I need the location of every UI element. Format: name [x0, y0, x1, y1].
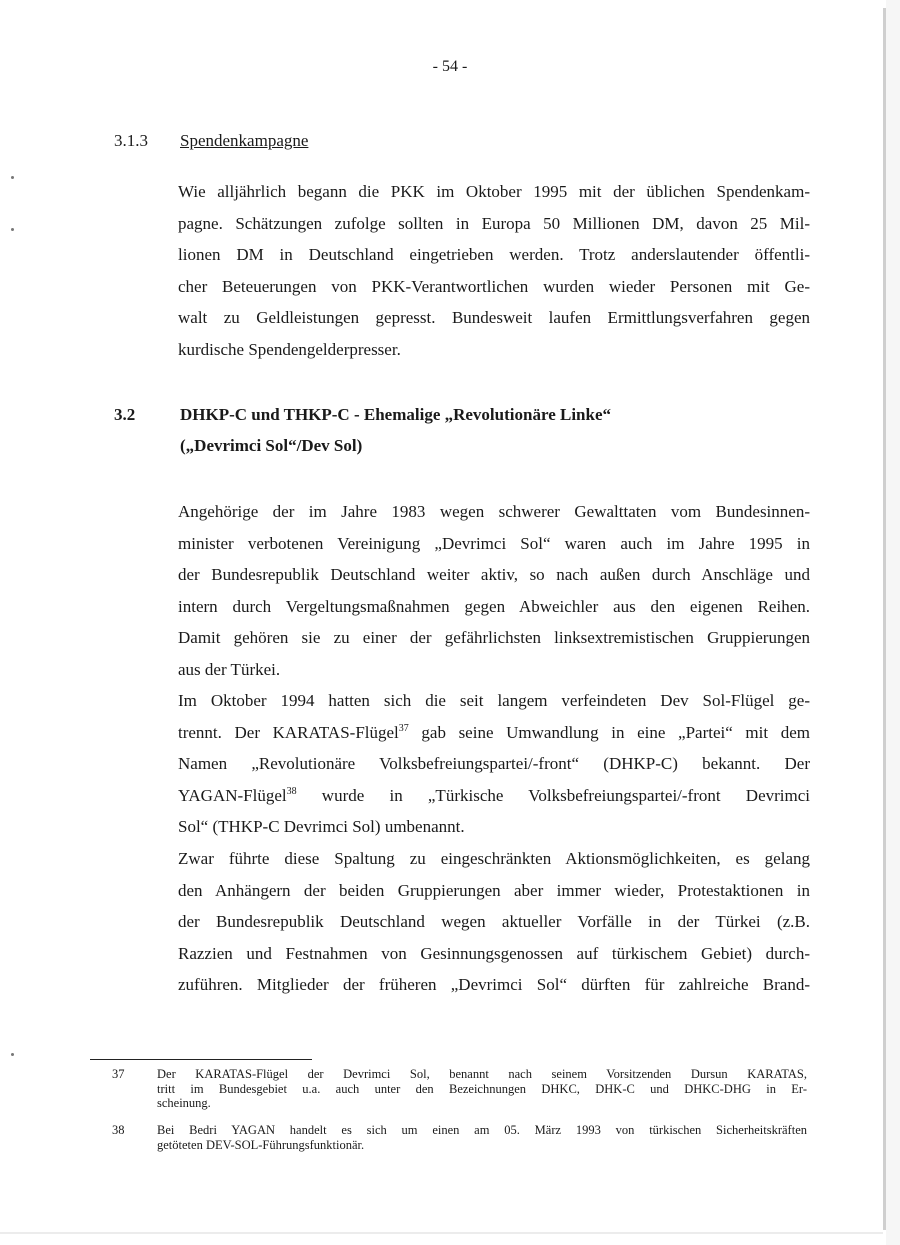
- scan-speck: [11, 176, 14, 179]
- text-line: pagne. Schätzungen zufolge sollten in Eu…: [178, 208, 810, 240]
- footnote-ref-37[interactable]: 37: [399, 723, 409, 734]
- scan-edge-line: [883, 8, 886, 1230]
- text-line: scheinung.: [157, 1096, 807, 1111]
- text-line: der Bundesrepublik Deutschland weiter ak…: [178, 559, 810, 591]
- text-line: YAGAN-Flügel38 wurde in „Türkische Volks…: [178, 780, 810, 812]
- footnote-separator: [90, 1059, 312, 1060]
- footnote-number: 38: [112, 1123, 125, 1138]
- text-segment: YAGAN-Flügel: [178, 786, 287, 805]
- text-line: cher Beteuerungen von PKK-Verantwortlich…: [178, 271, 810, 303]
- paragraph-spendenkampagne: Wie alljährlich begann die PKK im Oktobe…: [178, 176, 810, 365]
- section-title: DHKP-C und THKP-C - Ehemalige „Revolutio…: [180, 405, 611, 425]
- scan-margin: [886, 0, 900, 1245]
- footnote-ref-38[interactable]: 38: [287, 786, 297, 797]
- paragraph-protests: Zwar führte diese Spaltung zu eingeschrä…: [178, 843, 810, 1001]
- scan-speck: [11, 228, 14, 231]
- text-line: walt zu Geldleistungen gepresst. Bundesw…: [178, 302, 810, 334]
- text-line: Sol“ (THKP-C Devrimci Sol) umbenannt.: [178, 811, 810, 843]
- text-line: tritt im Bundesgebiet u.a. auch unter de…: [157, 1082, 807, 1097]
- scan-edge-bottom: [0, 1232, 883, 1234]
- page-number: - 54 -: [0, 58, 900, 76]
- paragraph-split: Im Oktober 1994 hatten sich die seit lan…: [178, 685, 810, 843]
- text-line: zuführen. Mitglieder der früheren „Devri…: [178, 969, 810, 1001]
- text-line: Der KARATAS-Flügel der Devrimci Sol, ben…: [157, 1067, 807, 1082]
- text-line: Bei Bedri YAGAN handelt es sich um einen…: [157, 1123, 807, 1138]
- text-segment: gab seine Umwandlung in eine „Partei“ mi…: [409, 723, 810, 742]
- paragraph-devrimci-sol: Angehörige der im Jahre 1983 wegen schwe…: [178, 496, 810, 685]
- text-line: der Bundesrepublik Deutschland wegen akt…: [178, 906, 810, 938]
- text-line: aus der Türkei.: [178, 654, 810, 686]
- text-line: Razzien und Festnahmen von Gesinnungsgen…: [178, 938, 810, 970]
- text-line: getöteten DEV-SOL-Führungsfunktionär.: [157, 1138, 807, 1153]
- text-segment: trennt. Der KARATAS-Flügel: [178, 723, 399, 742]
- text-line: minister verbotenen Vereinigung „Devrimc…: [178, 528, 810, 560]
- text-line: Im Oktober 1994 hatten sich die seit lan…: [178, 685, 810, 717]
- footnote-text: Bei Bedri YAGAN handelt es sich um einen…: [157, 1123, 807, 1152]
- text-line: Namen „Revolutionäre Volksbefreiungspart…: [178, 748, 810, 780]
- section-title: Spendenkampagne: [180, 131, 308, 151]
- section-number: 3.1.3: [114, 131, 148, 151]
- text-line: Zwar führte diese Spaltung zu eingeschrä…: [178, 843, 810, 875]
- section-number: 3.2: [114, 405, 135, 425]
- text-line: den Anhängern der beiden Gruppierungen a…: [178, 875, 810, 907]
- text-line: intern durch Vergeltungsmaßnahmen gegen …: [178, 591, 810, 623]
- text-line: Damit gehören sie zu einer der gefährlic…: [178, 622, 810, 654]
- text-line: kurdische Spendengelderpresser.: [178, 334, 810, 366]
- footnote-number: 37: [112, 1067, 125, 1082]
- section-subtitle: („Devrimci Sol“/Dev Sol): [180, 436, 362, 456]
- text-line: trennt. Der KARATAS-Flügel37 gab seine U…: [178, 717, 810, 749]
- scan-speck: [11, 1053, 14, 1056]
- text-line: lionen DM in Deutschland eingetrieben we…: [178, 239, 810, 271]
- footnote-text: Der KARATAS-Flügel der Devrimci Sol, ben…: [157, 1067, 807, 1111]
- text-segment: wurde in „Türkische Volksbefreiungsparte…: [297, 786, 810, 805]
- text-line: Wie alljährlich begann die PKK im Oktobe…: [178, 176, 810, 208]
- text-line: Angehörige der im Jahre 1983 wegen schwe…: [178, 496, 810, 528]
